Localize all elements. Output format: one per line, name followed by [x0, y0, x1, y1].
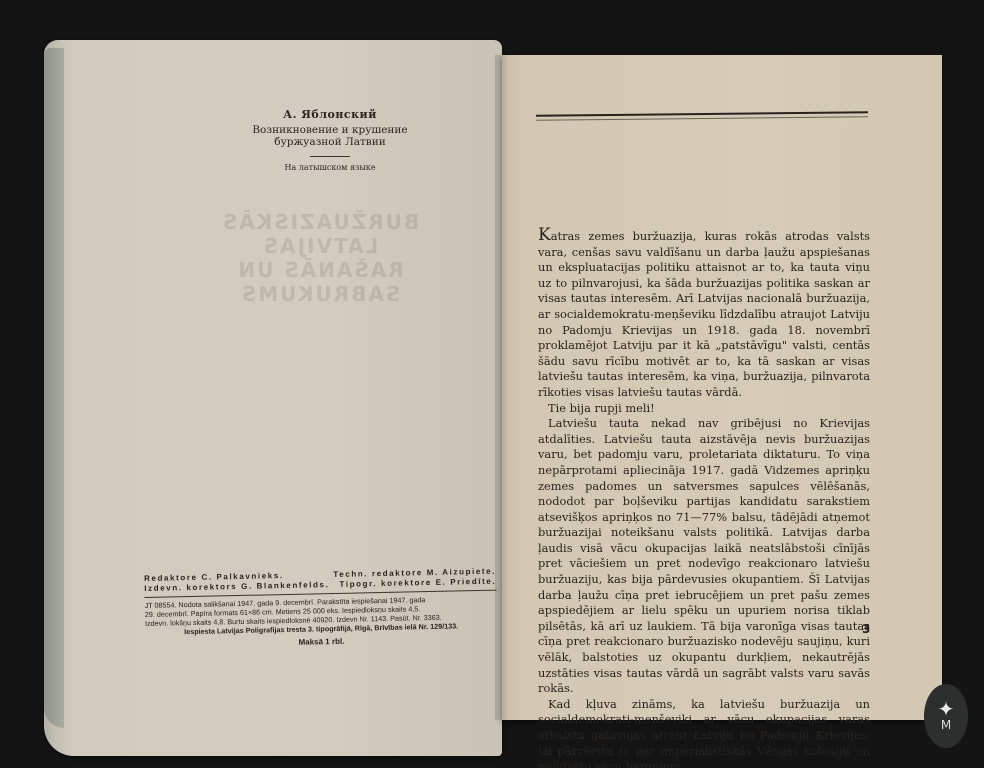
imprint-author: А. Яблонский [210, 108, 450, 121]
flower-diamond-logo-icon: ✦ [938, 700, 955, 718]
imprint-language-note: На латышском языке [210, 163, 450, 172]
imprint-header: А. Яблонский Возникновение и крушение бу… [210, 108, 450, 172]
left-page-edge [44, 48, 64, 728]
paragraph-1-text: atras zemes buržuazija, kuras rokās atro… [538, 229, 870, 399]
colophon: Redaktore C. Palkavnieks. Techn. redakto… [144, 567, 498, 650]
book-gutter [495, 55, 509, 720]
watermark-badge: ✦ M [924, 684, 968, 748]
paragraph-1: Katras zemes buržuazija, kuras rokās atr… [538, 228, 870, 401]
show-through-line2: RAŠANĀS UN SABRUKUMS [180, 258, 460, 306]
imprint-title-line2: буржуазной Латвии [210, 136, 450, 148]
imprint-divider [310, 156, 350, 157]
book-spread: А. Яблонский Возникновение и крушение бу… [0, 0, 984, 768]
watermark-letter: M [941, 718, 951, 732]
page-number: 3 [862, 622, 870, 636]
paragraph-4: Kad kļuva zināms, ka latviešu buržuazija… [538, 697, 870, 768]
drop-cap: K [538, 225, 551, 245]
colophon-typo-corrector: Tipogr. korektore E. Priedīte. [339, 577, 496, 590]
imprint-title-line1: Возникновение и крушение [210, 124, 450, 136]
paragraph-3: Latviešu tauta nekad nav gribējusi no Kr… [538, 416, 870, 697]
show-through-text: BURŽUAZISKĀS LATVIJAS RAŠANĀS UN SABRUKU… [180, 210, 460, 306]
show-through-line1: BURŽUAZISKĀS LATVIJAS [180, 210, 460, 258]
paragraph-2: Tie bija rupji meli! [538, 401, 870, 417]
body-text: Katras zemes buržuazija, kuras rokās atr… [538, 228, 870, 768]
